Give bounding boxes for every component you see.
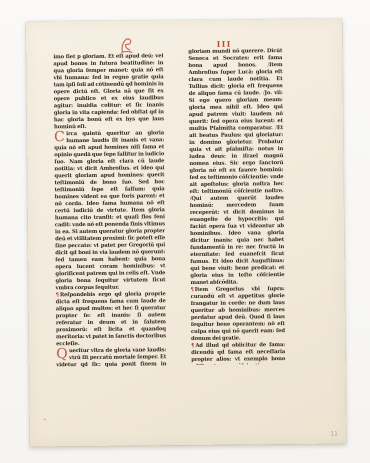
text-block: ¶Item Gregorius vbi ſupra: curandū eſt v… xyxy=(191,286,286,343)
pilcrow-mark: ¶ xyxy=(191,343,195,349)
rubric-virgule: / xyxy=(275,125,277,131)
text-block: imo fiet p gloriam. Et eſt apud deū: vel… xyxy=(53,53,164,131)
rubric-flourish-icon xyxy=(119,35,134,53)
pilcrow-mark: ¶ xyxy=(191,287,195,293)
foxing-speck xyxy=(44,418,46,420)
right-text-column: gloriam mundi nō querere. Dicūt Seneca e… xyxy=(188,48,285,365)
rubric-virgule: / xyxy=(190,196,192,202)
rubric-virgule: / xyxy=(263,90,265,96)
text-block: ¶Reſpondebis ergo qd gloria proprie dict… xyxy=(56,291,167,348)
text-block: Queritur vltra de gloria vane laudis: vt… xyxy=(56,347,166,368)
folio-pencil-mark: 11 xyxy=(330,432,338,438)
text-block: ¶Ad illud qd obiicitur de fama: dicendū … xyxy=(191,342,285,365)
pilcrow-mark: ¶ xyxy=(56,292,60,298)
photo-background: III imo fiet p gloriam. Et eſt apud deū:… xyxy=(0,0,370,463)
text-block: gloriam mundi nō querere. Dicūt Seneca e… xyxy=(188,48,284,287)
rubricated-initial: C xyxy=(54,131,65,144)
rubric-virgule: / xyxy=(267,62,269,68)
rubricated-initial: Q xyxy=(56,348,67,361)
left-text-column: imo fiet p gloriam. Et eſt apud deū: vel… xyxy=(53,53,166,368)
chapter-numeral: III xyxy=(212,41,236,49)
manuscript-page: III imo fiet p gloriam. Et eſt apud deū:… xyxy=(26,18,346,446)
text-block: Circa quintū queritur an gloria humane l… xyxy=(54,130,166,292)
